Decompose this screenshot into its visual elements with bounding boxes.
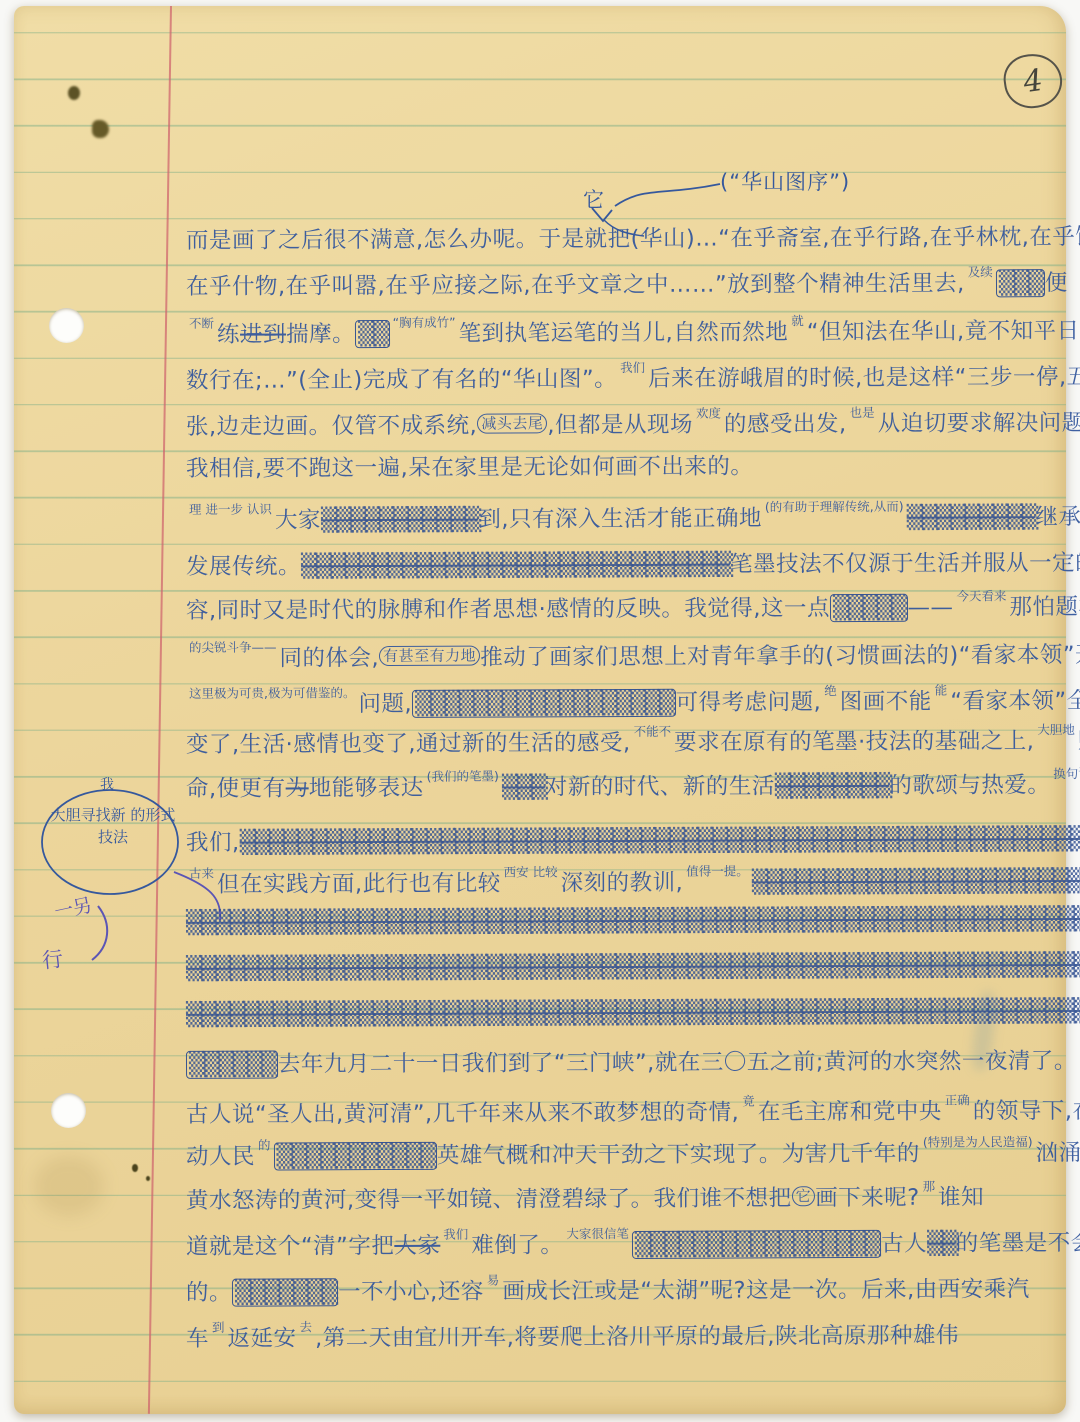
paragraph-mark-paren xyxy=(92,906,107,960)
interlinear-note: 及续 xyxy=(968,264,993,279)
text-run: 笔到执笔运笔的当儿,自然而然地 xyxy=(459,319,789,346)
boxed-scribble: ▒▒▒▒▒▒ xyxy=(186,1051,278,1079)
text-run: 揣摩。 xyxy=(286,321,355,347)
boxed-scribble: ▒▒▒▒▒▒▒▒▒▒▒▒▒▒▒▒▒▒ xyxy=(412,689,676,718)
manuscript-line: 张,边走边画。仅管不成系统,减头去尾,但都是从现场欢度的感受出发,也是从迫切要求… xyxy=(186,406,1058,447)
text-run: 道就是这个“清”字把 xyxy=(186,1233,394,1260)
interlinear-note: 那 xyxy=(923,1179,936,1194)
interlinear-note: (我们的笔墨) xyxy=(427,769,499,784)
text-run: 英雄气概和冲天干劲之下实现了。为害几千年的 xyxy=(437,1141,920,1169)
text-run: ,第二天由宜川开车,将要爬上洛川平原的最后,陕北高原那种雄伟 xyxy=(315,1323,959,1352)
text-run: 便 xyxy=(1045,270,1068,296)
text-run: 同的体会, xyxy=(279,645,379,671)
scribble-run: ▒▒ xyxy=(927,1231,956,1257)
text-run: 问题, xyxy=(358,691,412,717)
manuscript-line: 道就是这个“清”字把大家我们难倒了。大家很信笔▒▒▒▒▒▒▒▒▒▒▒▒▒▒▒▒▒… xyxy=(186,1226,1058,1267)
circled-insertion: 它 xyxy=(792,1186,816,1206)
text-run: 一不小心,还容 xyxy=(338,1279,484,1306)
paragraph-mark-bottom: 行 xyxy=(40,943,64,975)
manuscript-line: 车到返延安去,第二天由宜川开车,将要爬上洛川平原的最后,陕北高原那种雄伟 xyxy=(186,1318,1058,1359)
text-run: 变了,生活·感情也变了,通过新的生活的感受, xyxy=(186,730,631,758)
manuscript-line: 我们,▒▒▒▒▒▒▒▒▒▒▒▒▒▒▒▒▒▒▒▒▒▒▒▒▒▒▒▒▒▒▒▒▒▒▒▒▒… xyxy=(186,822,1058,860)
manuscript-line: 古来但在实践方面,此行也有比较西安 比较深刻的教训,值得一提。▒▒▒▒▒▒▒▒▒… xyxy=(186,864,1058,905)
scribble-run: ▒▒▒▒▒▒▒▒▒▒▒▒▒▒▒▒▒▒▒▒▒▒▒▒▒▒▒▒▒▒▒▒▒▒▒▒▒▒▒▒ xyxy=(752,867,1080,895)
manuscript-line: 黄水怒涛的黄河,变得一平如镜、清澄碧绿了。我们谁不想把它画下来呢?那谁知 xyxy=(186,1180,1058,1221)
text-run: 地能够表达 xyxy=(309,775,424,802)
interlinear-note: (特别是为人民造福) xyxy=(923,1134,1033,1149)
interlinear-note: 易 xyxy=(487,1273,500,1288)
interlinear-note: 竟 xyxy=(742,1093,755,1108)
interlinear-note: 我们 xyxy=(620,360,645,375)
boxed-scribble: ▒▒▒▒▒ xyxy=(830,594,908,622)
text-run: 在毛主席和党中央 xyxy=(758,1099,942,1126)
interlinear-note: 就 xyxy=(791,313,804,328)
text-run: 大家 xyxy=(275,507,321,533)
interlinear-note: 去 xyxy=(299,1319,312,1334)
text-run: 的领导下,在劳 xyxy=(973,1098,1080,1125)
interlinear-note: 也是 xyxy=(850,405,875,420)
interlinear-note: 的 xyxy=(258,1138,271,1153)
boxed-scribble: ▒▒▒▒▒▒▒ xyxy=(232,1278,338,1306)
manuscript-line: 发展传统。▒▒▒▒▒▒▒▒▒▒▒▒▒▒▒▒▒▒▒▒▒▒▒▒▒▒▒▒▒▒笔墨技法不… xyxy=(186,546,1058,584)
interlinear-note: (的有助于理解传统,从而) xyxy=(765,499,904,515)
text-run: 画下来呢? xyxy=(815,1185,920,1211)
text-run: 古人 xyxy=(881,1231,927,1257)
text-run: 古人说“圣人出,黄河清”,几千年来从来不敢梦想的奇情, xyxy=(186,1099,739,1127)
interlinear-note: 大家很信笔 xyxy=(566,1226,629,1241)
text-run: 汹涌澎湃 xyxy=(1036,1140,1080,1166)
scribble-run: ▒▒▒▒▒▒▒▒▒▒▒ xyxy=(321,507,478,534)
scribble-run: ▒▒▒▒▒▒▒▒▒ xyxy=(907,504,1036,531)
scribble-run: ▒▒▒▒▒▒▒▒▒▒▒▒▒▒▒▒▒▒▒▒▒▒▒▒▒▒▒▒▒▒▒▒▒▒▒▒▒▒▒▒… xyxy=(186,997,1080,1028)
text-run: 练 xyxy=(217,322,240,348)
text-run: 但在实践方面,此行也有比较 xyxy=(217,871,501,898)
manuscript-line: ▒▒▒▒▒▒▒▒▒▒▒▒▒▒▒▒▒▒▒▒▒▒▒▒▒▒▒▒▒▒▒▒▒▒▒▒▒▒▒▒… xyxy=(186,994,1058,1032)
punch-hole-bottom xyxy=(51,1093,86,1128)
text-run: 画成长江或是“太湖”呢?这是一次。后来,由西安乘汽 xyxy=(502,1276,1030,1304)
text-run: 深刻的教训, xyxy=(561,870,684,897)
interlinear-note: “胸有成竹” xyxy=(393,315,456,330)
text-run: 的歌颂与热爱。 xyxy=(889,772,1050,799)
punch-hole-top xyxy=(49,308,84,343)
interlinear-note: 换句话说,就是不得不要求“变”。 xyxy=(1053,765,1080,781)
text-run: 那怕题材风格 xyxy=(1009,594,1080,621)
manuscript-line: ▒▒▒▒▒▒▒▒▒▒▒▒▒▒▒▒▒▒▒▒▒▒▒▒▒▒▒▒▒▒▒▒▒▒▒▒▒▒▒▒… xyxy=(186,948,1058,986)
text-run: 后来在游峨眉的时候,也是这样“三步一停,五步一搁”,也走也 xyxy=(648,363,1080,392)
manuscript-line: 命,使更有为地能够表达(我们的笔墨)▒▒▒对新的时代、新的生活▒▒▒▒▒▒▒▒的… xyxy=(186,768,1058,809)
text-run: 的感受出发, xyxy=(724,411,847,438)
interlinear-note: 到 xyxy=(212,1320,225,1335)
interlinear-note: 值得一提。 xyxy=(686,863,749,878)
margin-bubble-note: 大胆寻找新 的形式技法 xyxy=(50,804,176,848)
scribble-run: ▒▒▒▒▒▒▒▒▒▒▒▒▒▒▒▒▒▒▒▒▒▒▒▒▒▒▒▒▒▒ xyxy=(301,552,730,580)
manuscript-line: 而是画了之后很不满意,怎么办呢。于是就把(华山)…“在乎斋室,在乎行路,在乎林枕… xyxy=(186,220,1058,258)
text-run: 容,同时又是时代的脉膊和作者思想·感情的反映。我觉得,这一点 xyxy=(186,595,830,624)
margin-rule-line xyxy=(148,6,172,1414)
strikethrough-run: 为 xyxy=(286,775,309,801)
manuscript-line: ▒▒▒▒▒▒▒▒▒▒▒▒▒▒▒▒▒▒▒▒▒▒▒▒▒▒▒▒▒▒▒▒▒▒▒▒▒▒▒▒… xyxy=(186,902,1058,940)
interlinear-note: 不断 xyxy=(189,316,214,331)
text-run: 难倒了。 xyxy=(471,1232,563,1258)
manuscript-line: 我相信,要不跑这一遍,呆在家里是无论如何画不出来的。 xyxy=(186,448,1058,486)
insertion-character: 它 xyxy=(583,184,604,214)
text-run: 动人民 xyxy=(186,1144,255,1170)
strikethrough-run: 进到 xyxy=(240,321,286,347)
manuscript-line: 容,同时又是时代的脉膊和作者思想·感情的反映。我觉得,这一点▒▒▒▒▒——今天看… xyxy=(186,590,1058,631)
scribble-run: ▒▒▒▒▒▒▒▒▒▒▒▒▒▒▒▒▒▒▒▒▒▒▒▒▒▒▒▒▒▒▒▒▒▒▒▒▒▒▒▒… xyxy=(240,825,1080,856)
circled-insertion: 有甚至有力地 xyxy=(379,646,480,666)
text-run: 在乎什物,在乎叫嚣,在乎应接之际,在乎文章之中……”放到整个精神生活里去, xyxy=(186,271,965,300)
interlinear-note: 的尖锐斗争—— xyxy=(189,640,277,655)
manuscript-line: 的。▒▒▒▒▒▒▒一不小心,还容易画成长江或是“太湖”呢?这是一次。后来,由西安… xyxy=(186,1272,1058,1313)
text-run: 图画不能 xyxy=(840,689,932,715)
text-run: 去年九月二十一日我们到了“三门峡”,就在三〇五之前;黄河的水突然一夜清了。 xyxy=(278,1048,1077,1077)
page-number: 4 xyxy=(1021,62,1045,99)
text-run: 发展传统。 xyxy=(186,553,301,580)
paper-blotch xyxy=(34,1156,104,1216)
manuscript-line: 在乎什物,在乎叫嚣,在乎应接之际,在乎文章之中……”放到整个精神生活里去,及续▒… xyxy=(186,266,1058,307)
interlinear-note: 不能不 xyxy=(634,724,672,739)
text-run: 要求在原有的笔墨·技法的基础之上, xyxy=(674,728,1034,756)
manuscript-line: 理 进一步 认识大家▒▒▒▒▒▒▒▒▒▒▒到,只有深入生活才能正确地(的有助于理… xyxy=(186,500,1058,541)
page-number-circled: 4 xyxy=(1001,50,1066,112)
margin-bubble-mark: 我 xyxy=(100,774,114,794)
interlinear-note: 这里极为可贵,极为可借鉴的。 xyxy=(189,685,356,701)
text-run: 的笔墨是不会有办法 xyxy=(956,1230,1080,1257)
text-run: 谁知 xyxy=(938,1184,984,1210)
text-run: 数行在;…”(全止)完成了有名的“华山图”。 xyxy=(186,366,617,394)
interlinear-note: 绝 xyxy=(824,683,837,698)
circled-insertion: 减头去尾 xyxy=(477,413,547,433)
text-run: 继承传统,才能够创造性地 xyxy=(1035,503,1080,530)
boxed-scribble: ▒▒▒▒▒▒▒▒▒▒▒▒▒▒▒▒▒ xyxy=(632,1230,881,1259)
text-run: ,但都是从现场 xyxy=(547,412,693,439)
text-run: 笔墨技法不仅源于生活并服从一定的主题内 xyxy=(730,550,1080,578)
interlinear-note: 古来 xyxy=(189,866,214,881)
text-run: 返延安 xyxy=(227,1325,296,1351)
scribble-run: ▒▒▒▒▒▒▒▒ xyxy=(775,773,890,799)
text-run: 到,只有深入生活才能正确地 xyxy=(478,505,762,532)
text-run: “但知法在华山,竟不知平日之所谓画 xyxy=(807,318,1080,346)
text-run: 命,使更有 xyxy=(186,775,286,801)
scribble-run: ▒▒▒▒▒▒▒▒▒▒▒▒▒▒▒▒▒▒▒▒▒▒▒▒▒▒▒▒▒▒▒▒▒▒▒▒▒▒▒▒… xyxy=(186,905,1080,936)
ink-stain xyxy=(68,86,80,100)
title-annotation: (“华山图序”) xyxy=(720,166,850,196)
text-run: 可得考虑问题, xyxy=(676,689,822,716)
insertion-curve xyxy=(615,184,720,206)
manuscript-line: 古人说“圣人出,黄河清”,几千年来从来不敢梦想的奇情,竟在毛主席和党中央正确的领… xyxy=(186,1094,1058,1135)
text-run: 我们, xyxy=(186,830,240,856)
interlinear-note: 正确 xyxy=(945,1092,970,1107)
scribble-run: ▒▒▒ xyxy=(502,774,545,800)
manuscript-line: 变了,生活·感情也变了,通过新的生活的感受,不能不要求在原有的笔墨·技法的基础之… xyxy=(186,724,1058,765)
text-run: 张,边走边画。仅管不成系统, xyxy=(186,413,477,440)
interlinear-note: 我们 xyxy=(443,1227,468,1242)
interlinear-note: 西安 比较 xyxy=(504,864,558,879)
speck-stain xyxy=(146,1176,150,1181)
manuscript-line: 的尖锐斗争——同的体会,有甚至有力地推动了画家们思想上对青年拿手的(习惯画法的)… xyxy=(186,638,1058,679)
manuscript-line: 这里极为可贵,极为可借鉴的。问题,▒▒▒▒▒▒▒▒▒▒▒▒▒▒▒▒▒▒可得考虑问… xyxy=(186,684,1058,725)
text-run: 推动了画家们思想上对青年拿手的(习惯画法的)“看家本领”开始参变 xyxy=(480,642,1080,671)
text-run: 黄水怒涛的黄河,变得一平如镜、清澄碧绿了。我们谁不想把 xyxy=(186,1185,792,1214)
text-run: 从迫切要求解决问题出发, xyxy=(878,410,1080,437)
boxed-scribble: ▒▒ xyxy=(355,320,390,348)
paragraph-mark-top: 一另 xyxy=(52,890,95,924)
ink-stain xyxy=(92,120,109,138)
manuscript-line: ▒▒▒▒▒▒去年九月二十一日我们到了“三门峡”,就在三〇五之前;黄河的水突然一夜… xyxy=(186,1044,1058,1082)
boxed-scribble: ▒▒▒ xyxy=(996,269,1045,297)
manuscript-paper: 4 (“华山图序”) 它 大胆寻找新 的形式技法 我 一另 行 而是画了之后很不… xyxy=(14,6,1066,1414)
scribble-run: ▒▒▒▒▒▒▒▒▒▒▒▒▒▒▒▒▒▒▒▒▒▒▒▒▒▒▒▒▒▒▒▒▒▒▒▒▒▒▒▒… xyxy=(186,951,1080,982)
interlinear-note: 大胆地 xyxy=(1037,722,1075,737)
interlinear-note: 今天看来 xyxy=(956,588,1006,603)
manuscript-line: 数行在;…”(全止)完成了有名的“华山图”。我们后来在游峨眉的时候,也是这样“三… xyxy=(186,360,1058,401)
text-run: —— xyxy=(907,595,953,621)
text-run: 对新的时代、新的生活 xyxy=(545,773,775,800)
interlinear-note: 欢度 xyxy=(696,406,721,421)
interlinear-note: 能 xyxy=(935,683,948,698)
interlinear-note: 理 进一步 认识 xyxy=(189,502,272,517)
manuscript-line: 不断练进到揣摩。▒▒“胸有成竹”笔到执笔运笔的当儿,自然而然地就“但知法在华山,… xyxy=(186,314,1058,355)
text-run: 我相信,要不跑这一遍,呆在家里是无论如何画不出来的。 xyxy=(186,453,753,481)
text-run: “看家本领”全要不得,全没用了,而是由于时代 xyxy=(950,687,1080,715)
manuscript-line: 动人民的▒▒▒▒▒▒▒▒▒▒▒英雄气概和冲天干劲之下实现了。为害几千年的(特别是… xyxy=(186,1136,1058,1177)
text-run: 车 xyxy=(186,1326,209,1352)
strikethrough-run: 大家 xyxy=(394,1233,440,1259)
boxed-scribble: ▒▒▒▒▒▒▒▒▒▒▒ xyxy=(273,1142,436,1171)
text-run: 的。 xyxy=(186,1280,232,1306)
text-run: 而是画了之后很不满意,怎么办呢。于是就把(华山)…“在乎斋室,在乎行路,在乎林枕… xyxy=(186,224,1080,254)
speck-stain xyxy=(132,1164,138,1172)
